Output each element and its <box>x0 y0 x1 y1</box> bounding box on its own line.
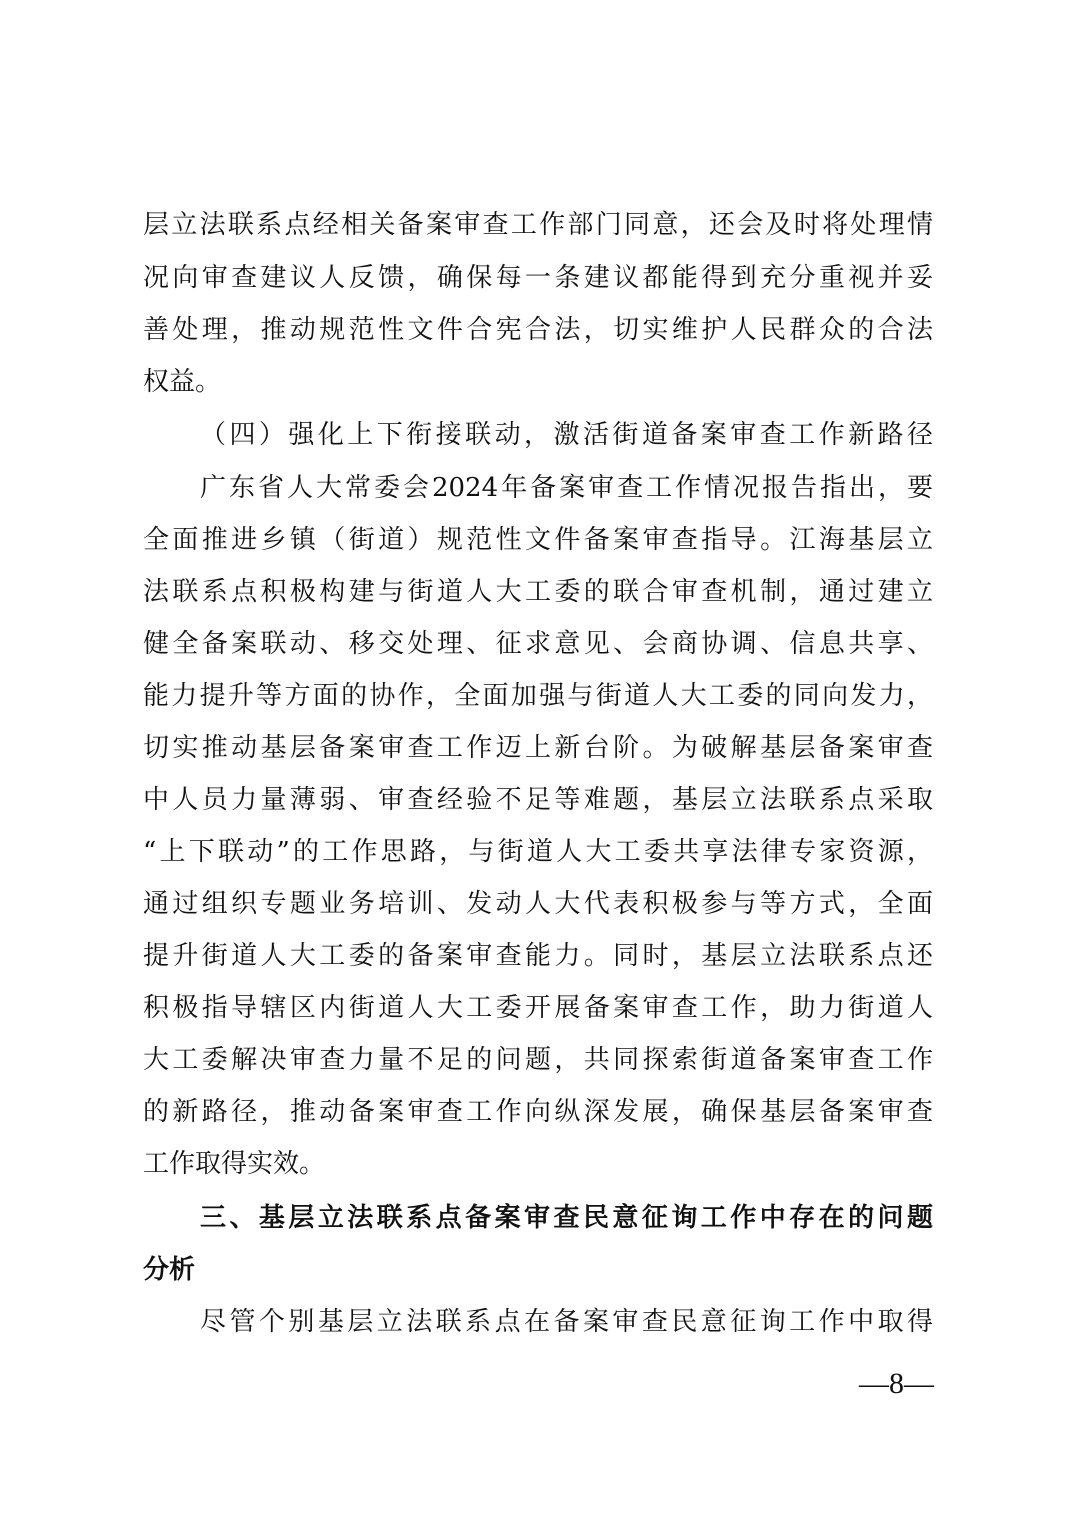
paragraph-line: 健全备案联动、移交处理、征求意见、会商协调、信息共享、 <box>143 624 933 664</box>
section-heading: 三、基层立法联系点备案审查民意征询工作中存在的问题 <box>200 1198 933 1238</box>
paragraph-line: 权益。 <box>143 362 933 402</box>
paragraph-line: 层立法联系点经相关备案审查工作部门同意，还会及时将处理情 <box>143 205 933 245</box>
paragraph-line: 提升街道人大工委的备案审查能力。同时，基层立法联系点还 <box>143 936 933 976</box>
paragraph-line: 中人员力量薄弱、审查经验不足等难题，基层立法联系点采取 <box>143 780 933 820</box>
section-heading-continued: 分析 <box>143 1250 933 1290</box>
paragraph-line: 广东省人大常委会2024年备案审查工作情况报告指出，要 <box>200 468 933 508</box>
paragraph-line: 尽管个别基层立法联系点在备案审查民意征询工作中取得 <box>200 1302 933 1342</box>
paragraph-line: 善处理，推动规范性文件合宪合法，切实维护人民群众的合法 <box>143 310 933 350</box>
page-number: —8— <box>840 1362 934 1406</box>
document-page: 层立法联系点经相关备案审查工作部门同意，还会及时将处理情 况向审查建议人反馈，确… <box>0 0 1074 1520</box>
paragraph-line: 法联系点积极构建与街道人大工委的联合审查机制，通过建立 <box>143 572 933 612</box>
paragraph-line: 况向审查建议人反馈，确保每一条建议都能得到充分重视并妥 <box>143 258 933 298</box>
paragraph-line: 通过组织专题业务培训、发动人大代表积极参与等方式，全面 <box>143 884 933 924</box>
paragraph-line: 大工委解决审查力量不足的问题，共同探索街道备案审查工作 <box>143 1040 933 1080</box>
paragraph-line: “上下联动”的工作思路，与街道人大工委共享法律专家资源， <box>143 832 933 872</box>
paragraph-line: 积极指导辖区内街道人大工委开展备案审查工作，助力街道人 <box>143 988 933 1028</box>
section-subheading: （四）强化上下衔接联动，激活街道备案审查工作新路径 <box>200 415 933 455</box>
paragraph-line: 切实推动基层备案审查工作迈上新台阶。为破解基层备案审查 <box>143 728 933 768</box>
paragraph-line: 全面推进乡镇（街道）规范性文件备案审查指导。江海基层立 <box>143 520 933 560</box>
paragraph-line: 的新路径，推动备案审查工作向纵深发展，确保基层备案审查 <box>143 1092 933 1132</box>
paragraph-line: 能力提升等方面的协作，全面加强与街道人大工委的同向发力， <box>143 676 933 716</box>
paragraph-line: 工作取得实效。 <box>143 1144 933 1184</box>
